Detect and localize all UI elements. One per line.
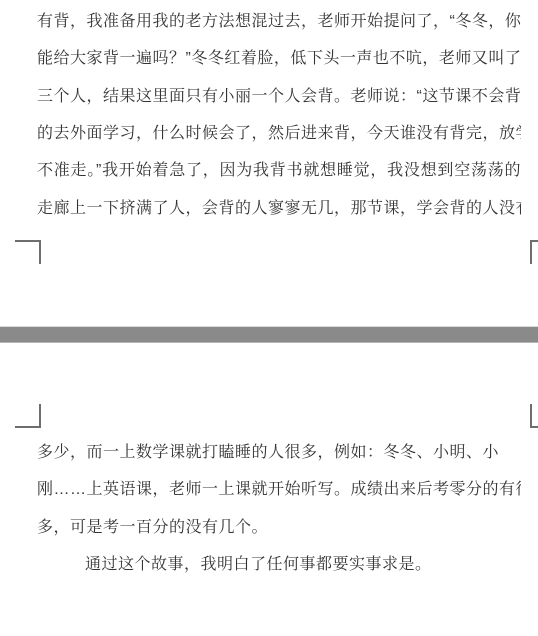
text-line[interactable]: 走廊上一下挤满了人，会背的人寥寥无几，那节课，学会背的人没有 [37,190,521,227]
page-2: 多少，而一上数学课就打瞌睡的人很多，例如：冬冬、小明、小 刚……上英语课，老师一… [0,343,538,636]
text-line[interactable]: 的去外面学习，什么时候会了，然后进来背，今天谁没有背完，放学 [37,115,521,152]
text-line[interactable]: 不准走。”我开始着急了，因为我背书就想睡觉，我没想到空荡荡的 [37,152,521,189]
text-line[interactable]: 三个人，结果这里面只有小丽一个人会背。老师说：“这节课不会背 [37,78,521,115]
margin-mark-bottom-right [530,240,538,264]
text-line[interactable]: 能给大家背一遍吗？”冬冬红着脸，低下头一声也不吭，老师又叫了 [37,40,521,77]
page-1: 有背，我准备用我的老方法想混过去，老师开始提问了，“冬冬，你 能给大家背一遍吗？… [0,0,538,326]
page-2-text-block: 多少，而一上数学课就打瞌睡的人很多，例如：冬冬、小明、小 刚……上英语课，老师一… [37,434,521,583]
text-line[interactable]: 通过这个故事，我明白了任何事都要实事求是。 [37,546,521,583]
margin-mark-top-right [530,404,538,428]
page-break-divider [0,326,538,344]
text-line[interactable]: 刚……上英语课，老师一上课就开始听写。成绩出来后考零分的有很 [37,471,521,508]
text-line[interactable]: 多，可是考一百分的没有几个。 [37,509,521,546]
page-1-text-block: 有背，我准备用我的老方法想混过去，老师开始提问了，“冬冬，你 能给大家背一遍吗？… [37,3,521,227]
text-line[interactable]: 有背，我准备用我的老方法想混过去，老师开始提问了，“冬冬，你 [37,3,521,40]
margin-mark-bottom-left [15,240,41,264]
document-view: 有背，我准备用我的老方法想混过去，老师开始提问了，“冬冬，你 能给大家背一遍吗？… [0,0,538,636]
text-line[interactable]: 多少，而一上数学课就打瞌睡的人很多，例如：冬冬、小明、小 [37,434,521,471]
margin-mark-top-left [15,404,41,428]
